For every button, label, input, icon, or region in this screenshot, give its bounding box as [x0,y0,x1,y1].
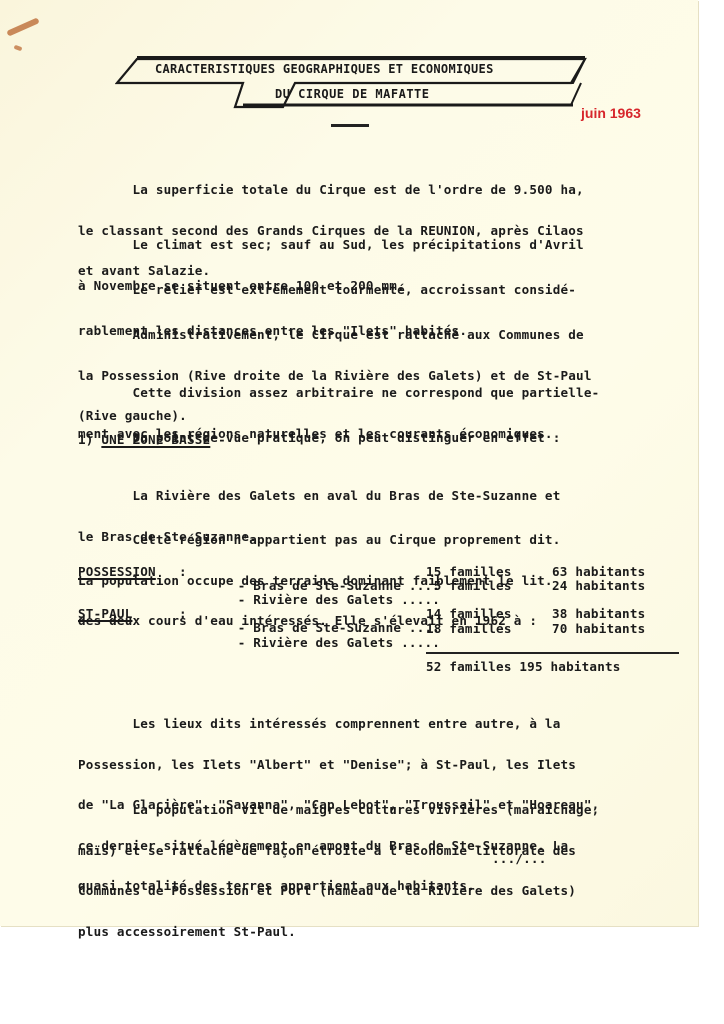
familles-count: 15 familles [426,565,512,579]
text-line: Cette division assez arbitraire ne corre… [78,386,599,400]
title-separator-dash [331,124,369,127]
text-line: Possession, les Ilets "Albert" et "Denis… [78,758,599,772]
habitants-count: 70 habitants [552,622,645,636]
section-suffix: - [210,432,226,447]
title-line-1: CARACTERISTIQUES GEOGRAPHIQUES ET ECONOM… [155,63,494,77]
paper-page: CARACTERISTIQUES GEOGRAPHIQUES ET ECONOM… [0,0,698,926]
habitants-count: 24 habitants [552,579,645,593]
text-line: Cette région n'appartient pas au Cirque … [78,533,561,547]
place-name: - Rivière des Galets ..... [238,635,440,650]
text-line: Les lieux dits intéressés comprennent en… [78,717,599,731]
familles-count: 5 familles [426,579,512,593]
text-line: Administrativement, le Cirque est rattac… [78,328,592,342]
habitants-count: 63 habitants [552,565,645,579]
text-line: Communes de Possession et Port (hameau d… [78,884,599,898]
text-line: Le climat est sec; sauf au Sud, les préc… [78,238,584,252]
rust-stain [6,17,40,36]
familles-count: 18 familles [426,622,512,636]
separator-colon: : [179,565,187,579]
commune-label-possession: POSSESSION [78,565,156,579]
section-number: 1) [78,432,101,447]
habitants-count: 38 habitants [552,607,645,621]
commune-label-st-paul: ST-PAUL [78,607,132,621]
paragraph-population-cultures: La population vit de maigres cultures vi… [78,776,599,965]
text-line: plus accessoirement St-Paul. [78,925,599,939]
title-line-2: DU CIRQUE DE MAFATTE [275,88,430,102]
rust-stain-small [14,45,23,51]
place-name: - Rivière des Galets ..... [238,592,440,607]
section-title: UNE ZONE BASSE [101,432,210,447]
text-line: La population vit de maigres cultures vi… [78,803,599,817]
text-line: La superficie totale du Cirque est de l'… [78,183,584,197]
population-total: 52 familles 195 habitants [426,660,621,674]
total-rule [426,652,679,654]
text-line: Le relief est extrêmement tourmenté, acc… [78,283,576,297]
section-heading-zone-basse: 1) UNE ZONE BASSE - [78,433,226,447]
familles-count: 14 familles [426,607,512,621]
continuation-marker: .../... [492,852,546,866]
table-row: - Rivière des Galets ..... [191,622,440,663]
date-stamp: juin 1963 [581,105,641,121]
separator-colon: : [179,607,187,621]
text-line: La Rivière des Galets en aval du Bras de… [78,489,561,503]
